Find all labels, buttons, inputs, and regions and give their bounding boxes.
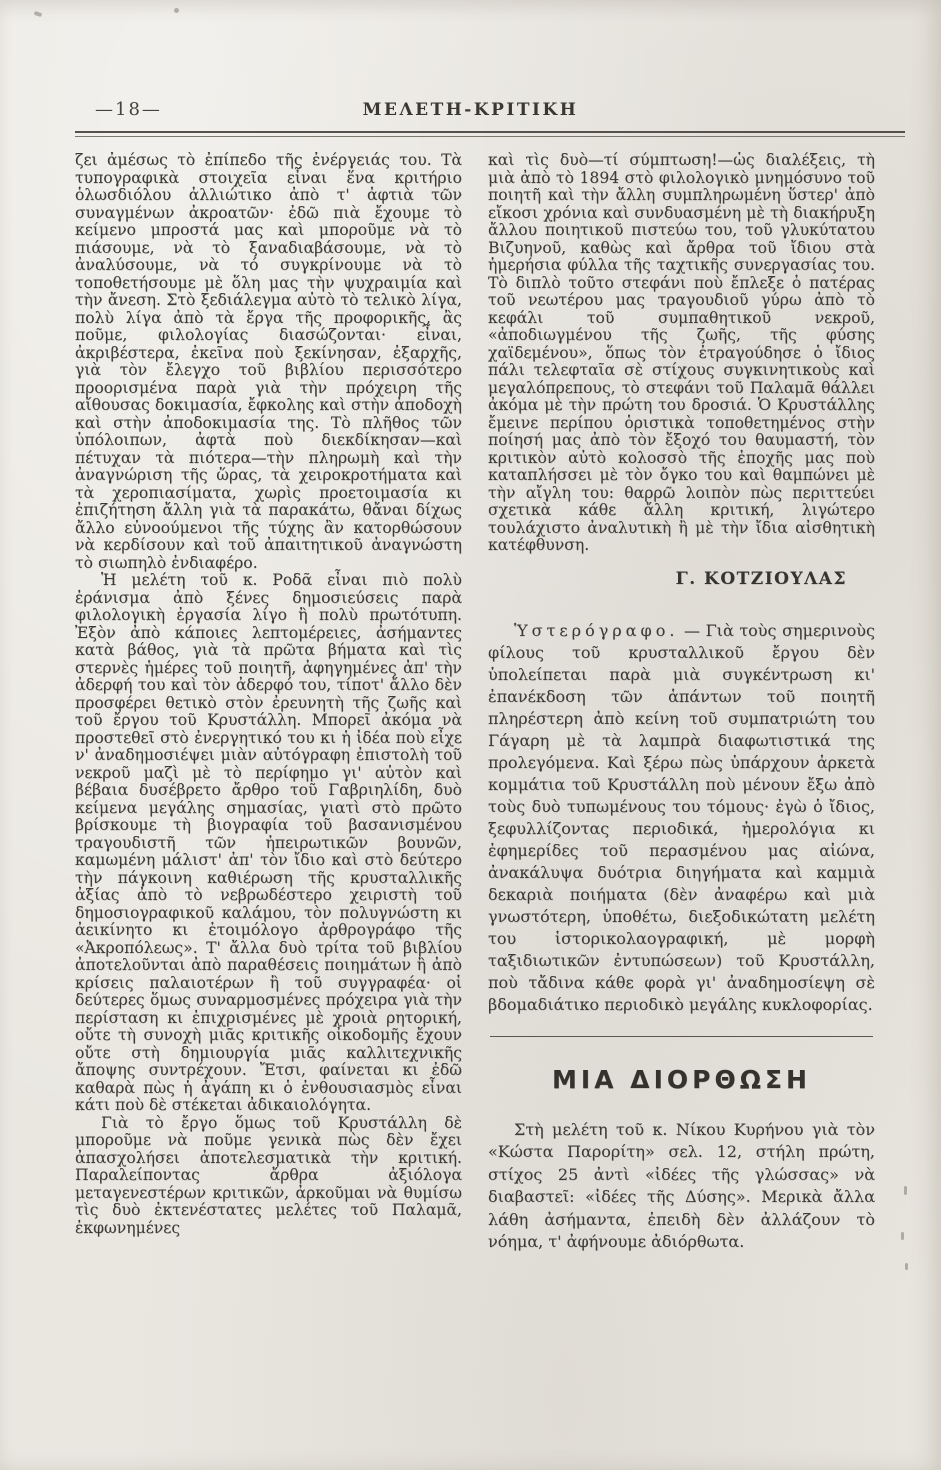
header-divider-rule — [75, 131, 905, 137]
postscript-lead: Ὑστερόγραφο. — [514, 621, 678, 640]
section-divider-rule — [490, 1036, 873, 1037]
correction-paragraph: Στὴ μελέτη τοῦ κ. Νίκου Κυρήνου γιὰ τὸν … — [488, 1119, 875, 1254]
body-paragraph: Γιὰ τὸ ἔργο ὅμως τοῦ Κρυστάλλη δὲ μποροῦ… — [75, 1115, 462, 1238]
postscript-paragraph: Ὑστερόγραφο. — Γιὰ τοὺς σημερινοὺς φίλου… — [488, 620, 875, 1016]
scan-speck — [901, 1232, 904, 1240]
body-paragraph: Ἡ μελέτη τοῦ κ. Ροδᾶ εἶναι πιὸ πολὺ ἐράν… — [75, 572, 462, 1115]
postscript-text: — Γιὰ τοὺς σημερινοὺς φίλους τοῦ κρυσταλ… — [488, 621, 875, 1014]
scan-speck — [904, 1186, 907, 1195]
text-columns: ζει ἀμέσως τὸ ἐπίπεδο τῆς ἐνέργειάς του.… — [75, 152, 875, 1337]
correction-heading: ΜΙΑ ΔΙΟΡΘΩΣΗ — [488, 1071, 875, 1089]
body-paragraph: καὶ τὶς δυὸ—τί σύμπτωση!—ὡς διαλέξεις, τ… — [488, 152, 875, 555]
page-header: —18— ΜΕΛΕΤΗ-ΚΡΙΤΙΚΗ — [0, 0, 941, 131]
section-title: ΜΕΛΕΤΗ-ΚΡΙΤΙΚΗ — [0, 100, 941, 120]
scanned-journal-page: —18— ΜΕΛΕΤΗ-ΚΡΙΤΙΚΗ ζει ἀμέσως τὸ ἐπίπεδ… — [0, 0, 941, 1470]
body-paragraph: ζει ἀμέσως τὸ ἐπίπεδο τῆς ἐνέργειάς του.… — [75, 152, 462, 572]
right-column: καὶ τὶς δυὸ—τί σύμπτωση!—ὡς διαλέξεις, τ… — [488, 152, 875, 1337]
scan-speck — [905, 1263, 908, 1270]
left-column: ζει ἀμέσως τὸ ἐπίπεδο τῆς ἐνέργειάς του.… — [75, 152, 462, 1337]
author-signature: Γ. ΚΟΤΖΙΟΥΛΑΣ — [488, 571, 847, 589]
